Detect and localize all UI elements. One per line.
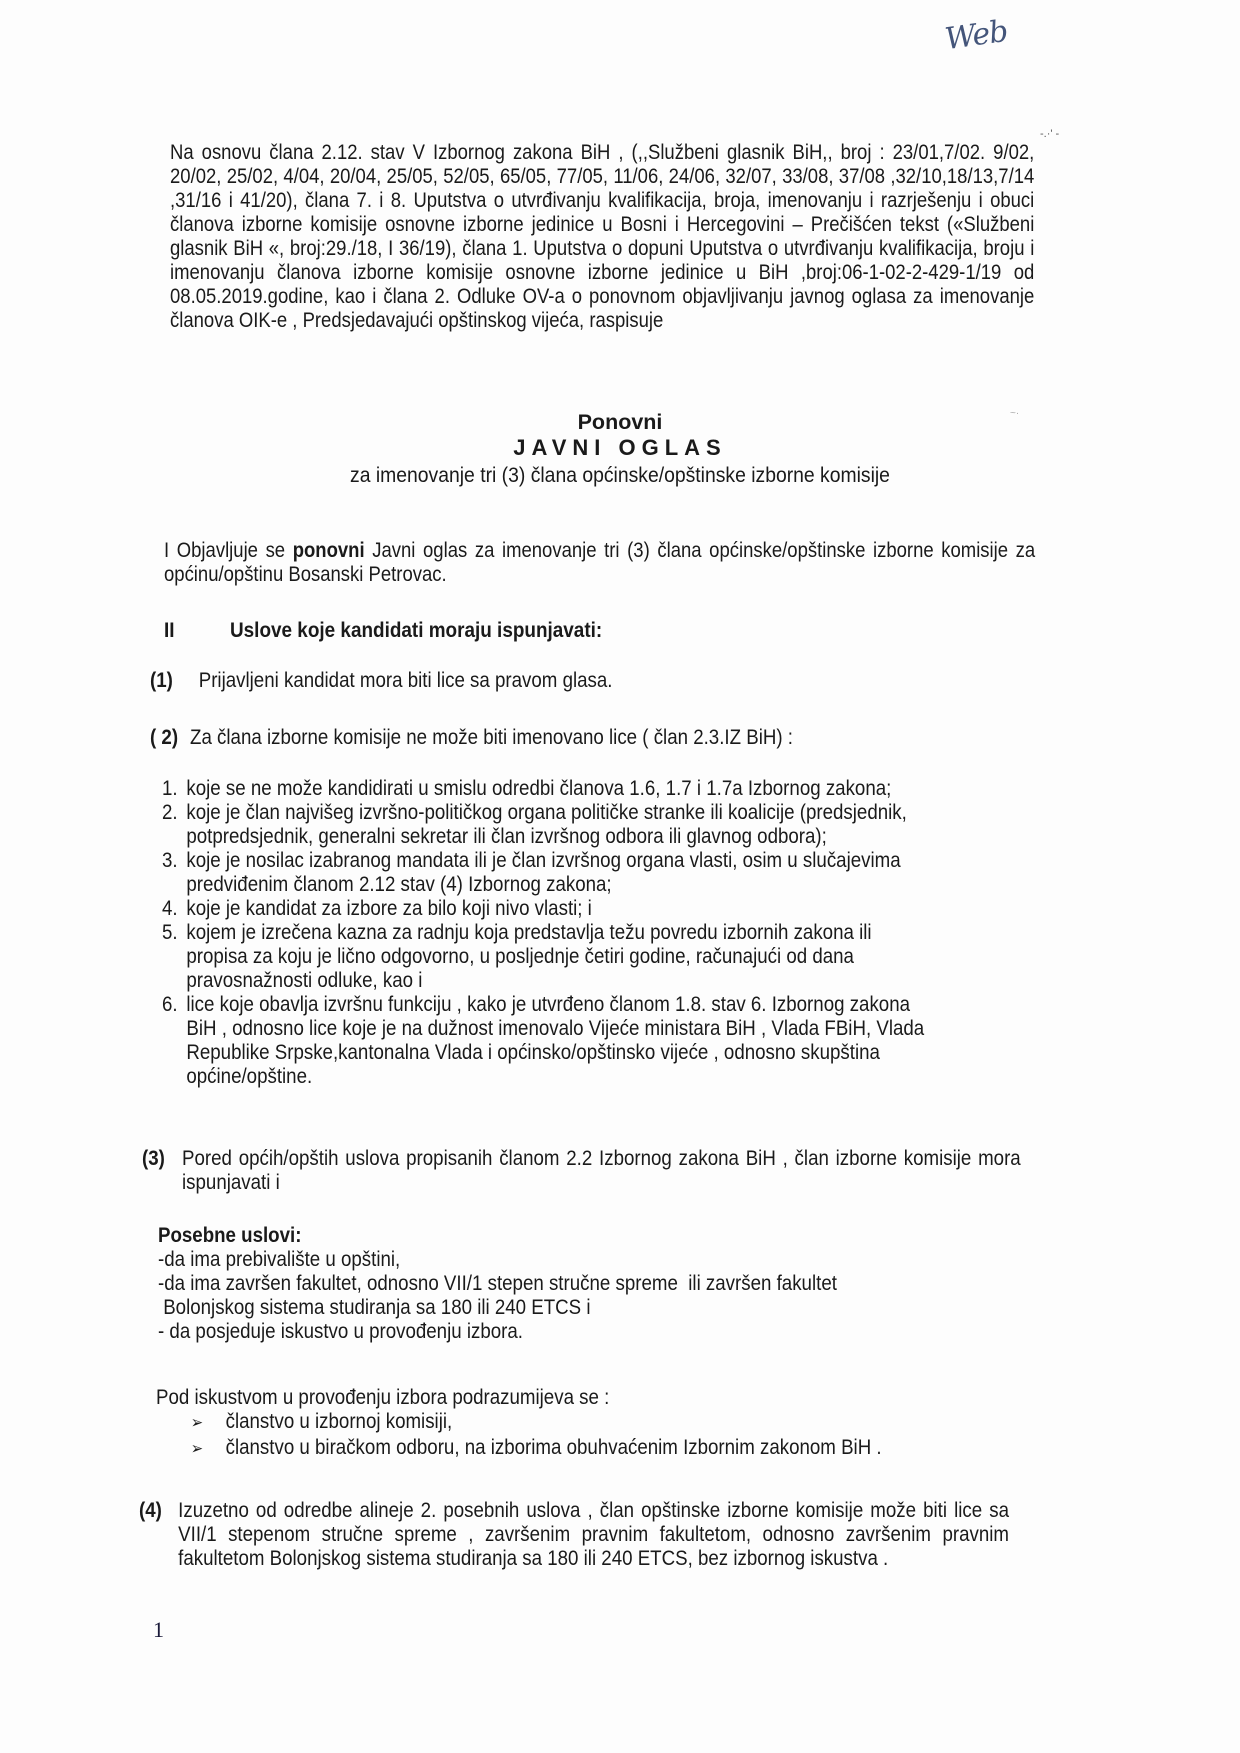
list-item-text: koje je nosilac izabranog mandata ili je… <box>186 848 900 872</box>
bullet-text: članstvo u biračkom odboru, na izborima … <box>226 1435 882 1459</box>
list-item: pravosnažnosti odluke, kao i <box>162 968 924 992</box>
list-item: 4.koje je kandidat za izbore za bilo koj… <box>162 896 924 920</box>
item-1: (1)Prijavljeni kandidat mora biti lice s… <box>150 668 613 692</box>
list-item: BiH , odnosno lice koje je na dužnost im… <box>162 1016 924 1040</box>
item-4-text: Izuzetno od odredbe alineje 2. posebnih … <box>178 1498 1009 1570</box>
list-item: 6.lice koje obavlja izvršnu funkciju , k… <box>162 992 924 1016</box>
item-4: (4) Izuzetno od odredbe alineje 2. poseb… <box>139 1498 1009 1570</box>
list-item-text: propisa za koju je lično odgovorno, u po… <box>162 944 854 968</box>
title-ponovni: Ponovni <box>0 410 1240 435</box>
experience-intro: Pod iskustvom u provođenju izbora podraz… <box>156 1385 882 1409</box>
bullet-item: ➢članstvo u izbornoj komisiji, <box>156 1409 882 1435</box>
list-item-text: pravosnažnosti odluke, kao i <box>162 968 422 992</box>
list-item: 5.kojem je izrečena kazna za radnju koja… <box>162 920 924 944</box>
item-3-number: (3) <box>142 1146 165 1170</box>
special-conditions: Posebne uslovi: -da ima prebivalište u o… <box>158 1223 837 1343</box>
bullet-item: ➢članstvo u biračkom odboru, na izborima… <box>156 1435 882 1461</box>
list-item-text: općine/opštine. <box>162 1064 312 1088</box>
list-item-number: 2. <box>162 800 186 824</box>
bullet-text: članstvo u izbornoj komisiji, <box>226 1409 453 1433</box>
list-item-text: predviđenim članom 2.12 stav (4) Izborno… <box>162 872 612 896</box>
section-i-numeral: I <box>164 538 169 562</box>
section-ii-heading: IIUslove koje kandidati moraju ispunjava… <box>164 618 602 643</box>
list-item-number: 6. <box>162 992 186 1016</box>
list-item: općine/opštine. <box>162 1064 924 1088</box>
experience-definition: Pod iskustvom u provođenju izbora podraz… <box>156 1385 882 1461</box>
list-item: predviđenim članom 2.12 stav (4) Izborno… <box>162 872 924 896</box>
condition-line: Bolonjskog sistema studiranja sa 180 ili… <box>158 1295 837 1319</box>
condition-line: -da ima prebivalište u opštini, <box>158 1247 837 1271</box>
arrow-bullet-icon: ➢ <box>191 1411 226 1435</box>
list-item-text: koje se ne može kandidirati u smislu odr… <box>186 776 891 800</box>
section-ii-title: Uslove koje kandidati moraju ispunjavati… <box>230 618 602 642</box>
ineligibility-list: 1.koje se ne može kandidirati u smislu o… <box>162 776 924 1088</box>
list-item-text: koje je kandidat za izbore za bilo koji … <box>186 896 591 920</box>
list-item-number: 4. <box>162 896 186 920</box>
item-2-number: ( 2) <box>150 725 190 749</box>
section-i: I Objavljuje se ponovni Javni oglas za i… <box>164 538 1035 586</box>
section-i-bold: ponovni <box>293 538 365 562</box>
intro-paragraph: Na osnovu člana 2.12. stav V Izbornog za… <box>170 140 1034 332</box>
list-item-text: Republike Srpske,kantonalna Vlada i opći… <box>162 1040 880 1064</box>
list-item-text: BiH , odnosno lice koje je na dužnost im… <box>162 1016 924 1040</box>
list-item: 3.koje je nosilac izabranog mandata ili … <box>162 848 924 872</box>
document-page: Web -.·' ‐ ~· Na osnovu člana 2.12. stav… <box>0 0 1240 1753</box>
list-item-text: lice koje obavlja izvršnu funkciju , kak… <box>186 992 910 1016</box>
item-1-text: Prijavljeni kandidat mora biti lice sa p… <box>199 668 613 692</box>
list-item-number: 3. <box>162 848 186 872</box>
item-2-text: Za člana izborne komisije ne može biti i… <box>190 725 793 749</box>
title-javni-oglas: JAVNI OGLAS <box>0 435 1240 461</box>
page-number: 1 <box>153 1617 164 1643</box>
list-item: 2.koje je član najvišeg izvršno-političk… <box>162 800 924 824</box>
item-4-number: (4) <box>139 1498 162 1522</box>
item-1-number: (1) <box>150 668 199 692</box>
arrow-bullet-icon: ➢ <box>191 1437 226 1461</box>
title-subtitle: za imenovanje tri (3) člana općinske/opš… <box>62 463 1178 488</box>
handwritten-note: Web <box>943 14 1010 57</box>
list-item: potpredsjednik, generalni sekretar ili č… <box>162 824 924 848</box>
list-item-text: koje je član najvišeg izvršno-političkog… <box>186 800 906 824</box>
condition-line: -da ima završen fakultet, odnosno VII/1 … <box>158 1271 837 1295</box>
special-conditions-heading: Posebne uslovi: <box>158 1223 837 1247</box>
list-item-text: kojem je izrečena kazna za radnju koja p… <box>186 920 871 944</box>
section-i-text-pre: Objavljuje se <box>177 538 285 562</box>
item-3: (3) Pored općih/opštih uslova propisanih… <box>142 1146 1021 1194</box>
item-2: ( 2)Za člana izborne komisije ne može bi… <box>150 725 793 749</box>
list-item-number: 5. <box>162 920 186 944</box>
condition-line: - da posjeduje iskustvo u provođenju izb… <box>158 1319 837 1343</box>
list-item-text: potpredsjednik, generalni sekretar ili č… <box>162 824 827 848</box>
scan-mark: -.·' ‐ <box>1040 128 1059 140</box>
list-item: 1.koje se ne može kandidirati u smislu o… <box>162 776 924 800</box>
item-3-text: Pored općih/opštih uslova propisanih čla… <box>182 1146 1021 1194</box>
list-item-number: 1. <box>162 776 186 800</box>
list-item: propisa za koju je lično odgovorno, u po… <box>162 944 924 968</box>
list-item: Republike Srpske,kantonalna Vlada i opći… <box>162 1040 924 1064</box>
section-ii-numeral: II <box>164 618 230 643</box>
